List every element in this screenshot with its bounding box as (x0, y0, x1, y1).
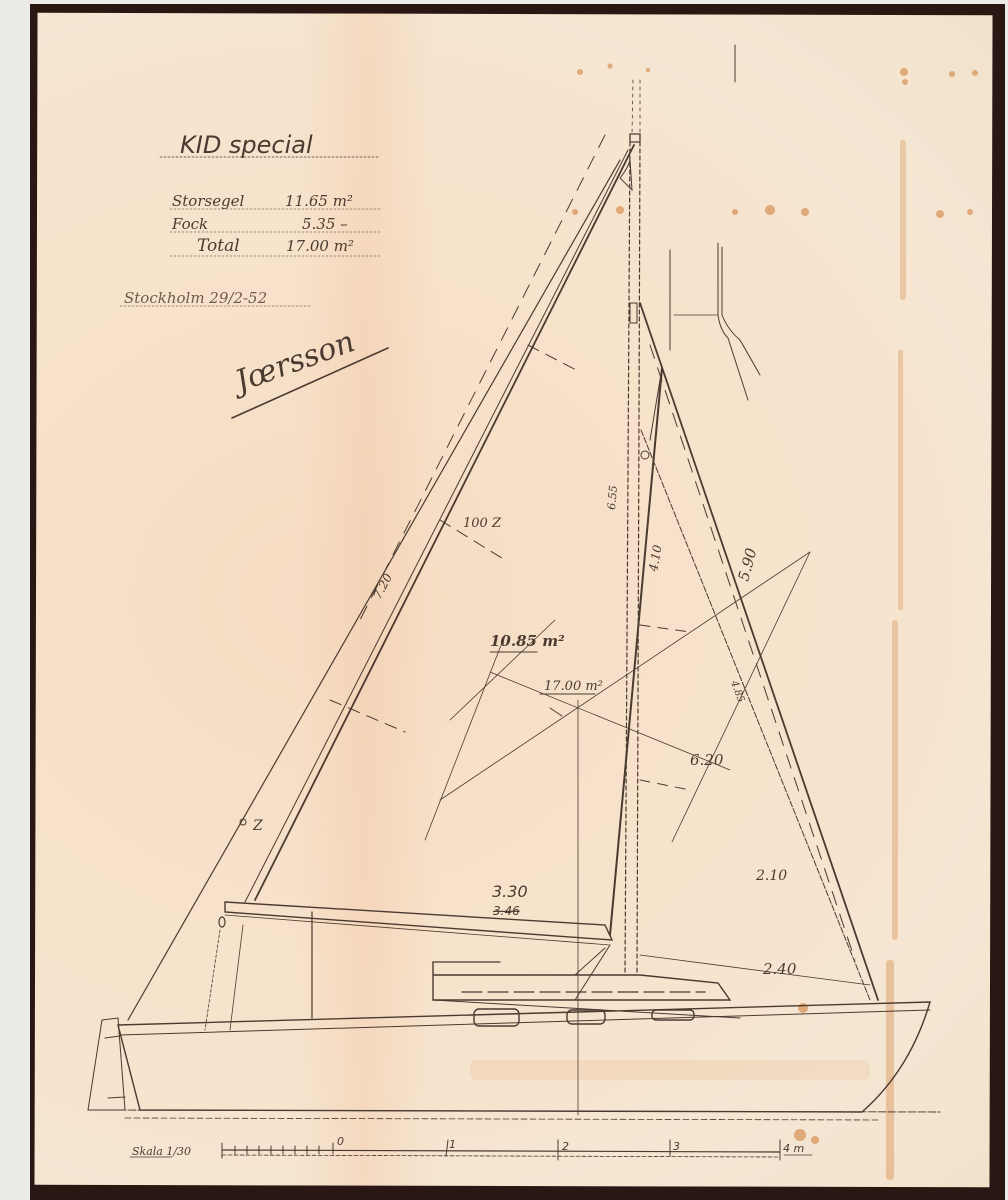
drawing-title: KID special (180, 131, 313, 159)
scale-tick-1: 1 (449, 1138, 456, 1151)
signature: Jœrsson (225, 324, 359, 401)
jib-label: Fock (171, 215, 208, 233)
scale-tick-2: 2 (562, 1140, 569, 1153)
dim-luff: 7.20 (370, 571, 395, 601)
dimension-labels: 7.20 100 Z 6.55 4.10 5.90 4.85 6.20 10.8… (252, 485, 797, 978)
dim-forestay: 5.90 (734, 546, 760, 583)
dim-mast-height: 6.55 (605, 485, 620, 511)
dim-boom-length-struck: 3.46 (493, 904, 520, 918)
scale-tick-3: 3 (673, 1140, 680, 1153)
dim-jib-centroid: 6.20 (690, 751, 724, 769)
sail-mark-z: Z (252, 818, 263, 834)
scale-tick-0: 0 (337, 1135, 344, 1148)
total-area-value: 17.00 m² (286, 237, 354, 255)
scale-label: Skala 1/30 (132, 1145, 191, 1158)
dim-jib-leech: 4.85 (728, 678, 746, 704)
scale-tick-4m: 4 m (783, 1142, 804, 1155)
pencil-lines (88, 45, 940, 1160)
total-area-label: 17.00 m² (544, 679, 603, 694)
scale-bar: Skala 1/30 0 1 2 3 4 m (132, 1135, 804, 1158)
dim-boom-offset: 100 Z (463, 516, 502, 531)
dim-boom-length: 3.30 (492, 882, 528, 901)
title-block: KID special Storsegel 11.65 m² Fock 5.35… (124, 131, 359, 402)
total-label: Total (197, 236, 240, 256)
dim-jib-foot: 2.10 (755, 868, 787, 884)
mainsail-area-value: 11.65 m² (285, 192, 353, 210)
mainsail-area-label: 10.85 m² (490, 632, 565, 650)
dim-foredeck: 2.40 (762, 960, 797, 978)
dim-jib-luff: 4.10 (646, 543, 665, 573)
jib-area-value: 5.35 – (302, 215, 348, 233)
sail-plan-drawing: KID special Storsegel 11.65 m² Fock 5.35… (0, 0, 1008, 1200)
place-date: Stockholm 29/2-52 (124, 289, 267, 307)
mainsail-label: Storsegel (172, 192, 245, 210)
